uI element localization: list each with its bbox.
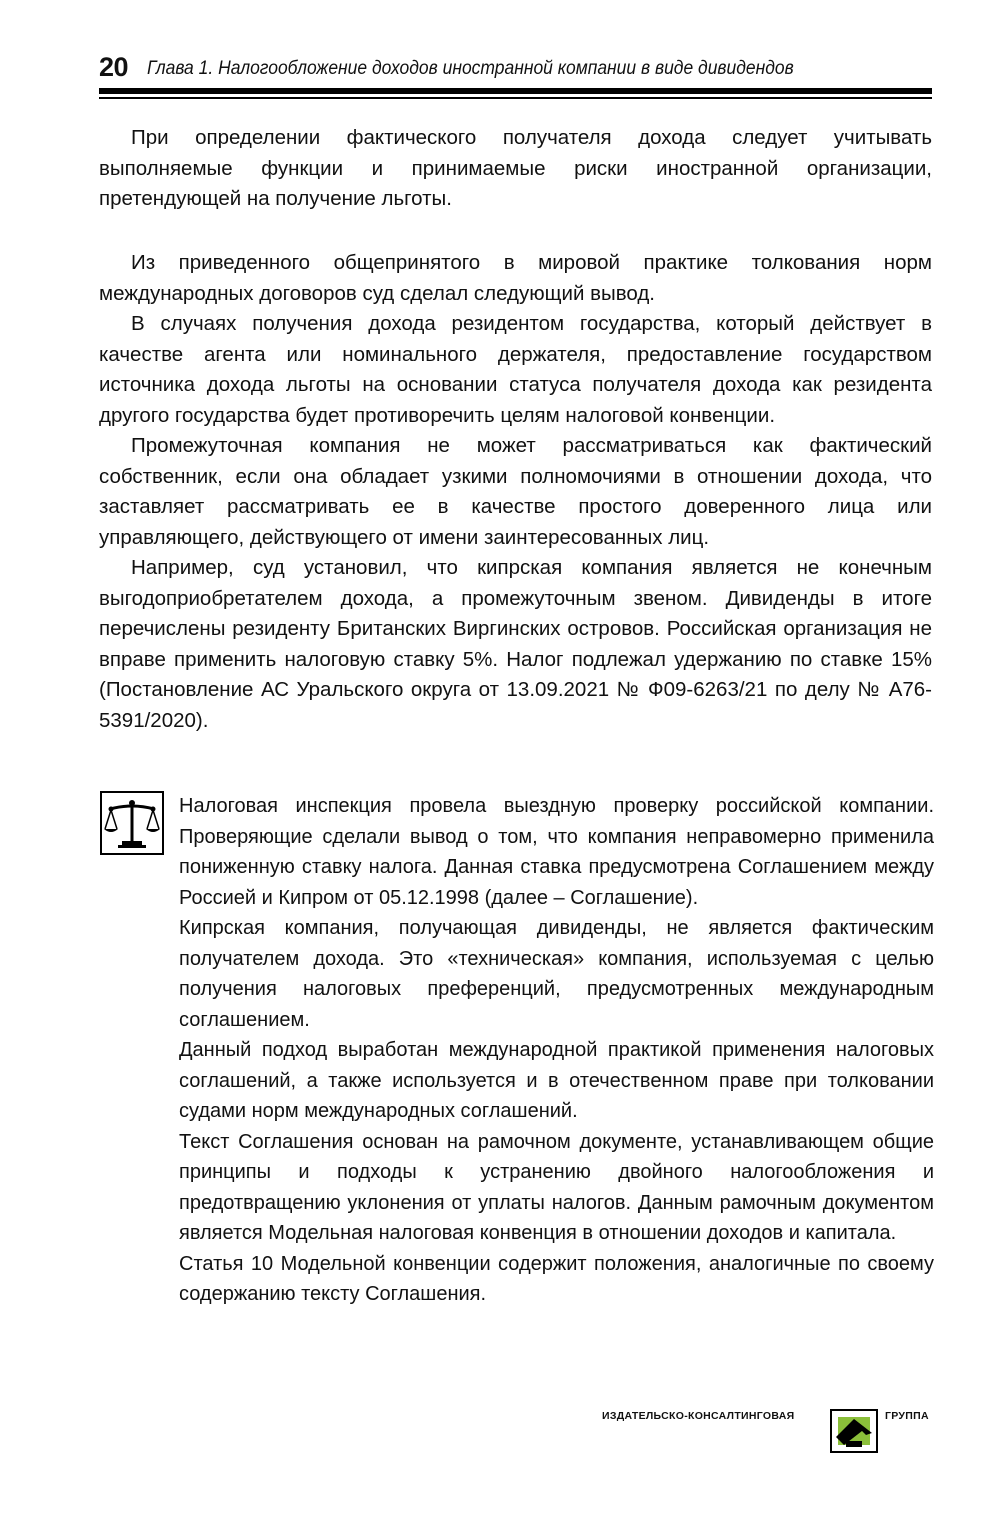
chapter-title: Глава 1. Налогообложение доходов иностра… bbox=[147, 58, 794, 80]
main-section: Из приведенного общепринятого в мировой … bbox=[99, 248, 932, 736]
paragraph: Данный подход выработан международной пр… bbox=[179, 1035, 934, 1127]
paragraph: Налоговая инспекция провела выездную про… bbox=[179, 791, 934, 913]
paragraph: В случаях получения дохода резидентом го… bbox=[99, 309, 932, 431]
publisher-footer: ИЗДАТЕЛЬСКО-КОНСАЛТИНГОВАЯ ГРУППА bbox=[602, 1407, 942, 1459]
paragraph: Из приведенного общепринятого в мировой … bbox=[99, 248, 932, 309]
page-number: 20 bbox=[99, 52, 128, 83]
paragraph: Кипрская компания, получающая дивиденды,… bbox=[179, 913, 934, 1035]
paragraph: Например, суд установил, что кипрская ко… bbox=[99, 553, 932, 736]
intro-section: При определении фактического получателя … bbox=[99, 123, 932, 215]
paragraph: При определении фактического получателя … bbox=[99, 123, 932, 215]
publisher-logo-icon bbox=[830, 1409, 878, 1453]
page-header: 20 Глава 1. Налогообложение доходов инос… bbox=[99, 52, 932, 96]
case-text: Налоговая инспекция провела выездную про… bbox=[179, 791, 934, 1310]
publisher-name-left: ИЗДАТЕЛЬСКО-КОНСАЛТИНГОВАЯ bbox=[602, 1410, 794, 1422]
paragraph: Текст Соглашения основан на рамочном док… bbox=[179, 1127, 934, 1249]
publisher-name-right: ГРУППА bbox=[885, 1410, 929, 1422]
paragraph: Промежуточная компания не может рассматр… bbox=[99, 431, 932, 553]
header-rule-thin bbox=[99, 97, 932, 99]
header-rule-thick bbox=[99, 88, 932, 94]
paragraph: Статья 10 Модельной конвенции содержит п… bbox=[179, 1249, 934, 1310]
scales-of-justice-icon bbox=[100, 791, 164, 855]
